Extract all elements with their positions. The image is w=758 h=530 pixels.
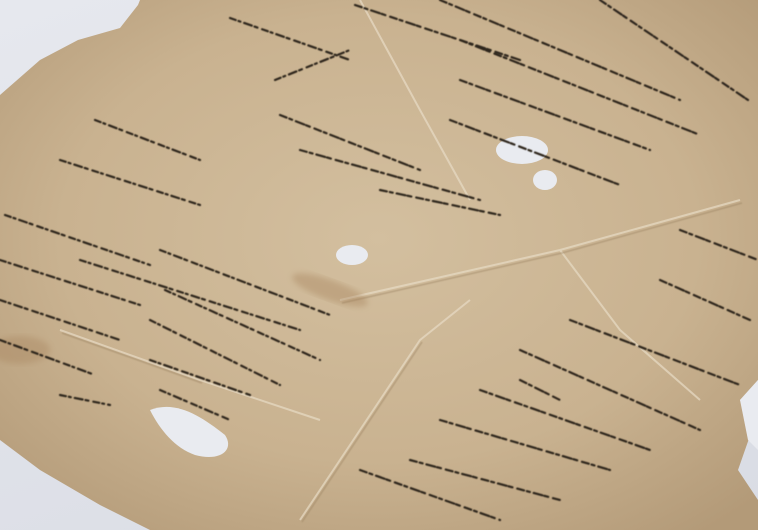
parchment-body xyxy=(0,0,758,530)
parchment-fragment xyxy=(0,0,758,530)
manuscript-photo: Ancient manuscript fragment on parchment xyxy=(0,0,758,530)
